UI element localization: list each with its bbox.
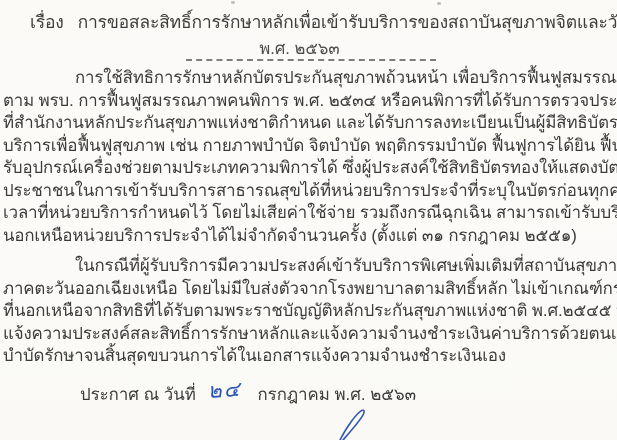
paragraph-line: ภาคตะวันออกเฉียงเหนือ โดยไม่มีใบส่งตัวจา… [3, 278, 614, 301]
paragraph-line: ที่สำนักงานหลักประกันสุขภาพแห่งชาติกำหนด… [3, 112, 614, 135]
paragraph-line: ที่นอกเหนือจากสิทธิที่ได้รับตามพระราชบัญ… [3, 300, 614, 323]
document-title: การขอสละสิทธิ์การรักษาหลักเพื่อเข้ารับบร… [78, 12, 617, 32]
promulgation-suffix: กรกฎาคม พ.ศ. ๒๕๖๓ [258, 385, 417, 404]
paragraph-line: รับอุปกรณ์เครื่องช่วยตามประเภทความพิการไ… [3, 157, 614, 180]
paragraph-1: การใช้สิทธิการรักษาหลักบัตรประกันสุขภาพถ… [3, 67, 614, 247]
paragraph-line: การใช้สิทธิการรักษาหลักบัตรประกันสุขภาพถ… [3, 67, 614, 90]
subject-label: เรื่อง [30, 12, 64, 32]
paragraph-line: ตาม พรบ. การฟื้นฟูสมรรณภาพคนพิการ พ.ศ. ๒… [3, 90, 614, 113]
paragraph-line: แจ้งความประสงค์สละสิทธิ์การรักษาหลักและแ… [3, 323, 614, 346]
signature-stroke-partial [322, 408, 382, 440]
promulgation-line: ประกาศ ณ วันที่๒๔กรกฎาคม พ.ศ. ๒๕๖๓ [80, 377, 416, 410]
paragraph-line: บริการเพื่อฟื้นฟูสุขภาพ เช่น กายภาพบำบัด… [3, 135, 614, 158]
scan-artifact-speck [437, 2, 441, 5]
paragraph-line: ประชาชนในการเข้ารับบริการสาธารณสุขได้ที่… [3, 180, 614, 203]
handwritten-day: ๒๔ [206, 373, 242, 408]
scanned-document-page: เรื่องการขอสละสิทธิ์การรักษาหลักเพื่อเข้… [0, 0, 617, 440]
paragraph-line: เวลาที่หน่วยบริการกำหนดไว้ โดยไม่เสียค่า… [3, 202, 614, 225]
paragraph-line: ในกรณีที่ผู้รับบริการมีความประสงค์เข้ารั… [3, 255, 614, 278]
document-subject-line: เรื่องการขอสละสิทธิ์การรักษาหลักเพื่อเข้… [30, 8, 613, 36]
promulgation-prefix: ประกาศ ณ วันที่ [80, 385, 196, 404]
dashed-divider [186, 59, 436, 61]
paragraph-line: นอกเหนือหน่วยบริการประจำได้ไม่จำกัดจำนวน… [3, 225, 614, 248]
scan-artifact-speck [231, 1, 235, 4]
paragraph-line: บำบัดรักษาจนสิ้นสุดขบวนการได้ในเอกสารแจ้… [3, 345, 614, 368]
paragraph-2: ในกรณีที่ผู้รับบริการมีความประสงค์เข้ารั… [3, 255, 614, 368]
